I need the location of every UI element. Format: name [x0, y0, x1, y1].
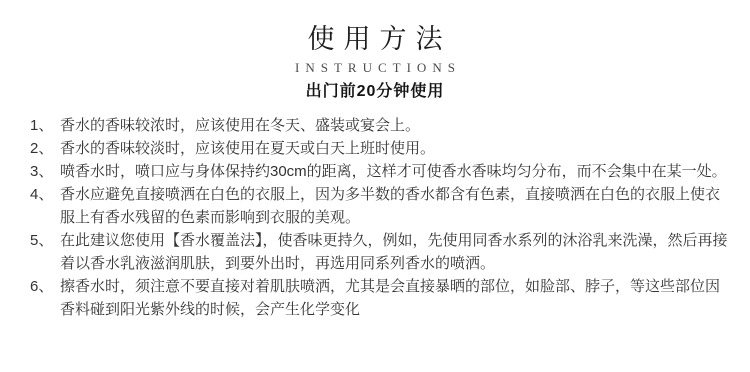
instructions-header: 使用方法 INSTRUCTIONS 出门前20分钟使用 — [0, 0, 750, 101]
instruction-item: 3、 喷香水时，喷口应与身体保持约30cm的距离，这样才可使香水香味均匀分布，而… — [30, 160, 730, 183]
item-number: 4、 — [30, 183, 60, 206]
instruction-item: 5、 在此建议您使用【香水覆盖法】，使香味更持久，例如，先使用同香水系列的沐浴乳… — [30, 229, 730, 275]
item-text: 擦香水时，须注意不要直接对着肌肤喷洒，尤其是会直接暴晒的部位，如脸部、脖子，等这… — [60, 275, 730, 321]
page-subtitle: INSTRUCTIONS — [0, 60, 750, 76]
instruction-item: 1、 香水的香味较浓时，应该使用在冬天、盛装或宴会上。 — [30, 114, 730, 137]
instructions-page: 使用方法 INSTRUCTIONS 出门前20分钟使用 1、 香水的香味较浓时，… — [0, 0, 750, 372]
item-number: 2、 — [30, 137, 60, 160]
item-number: 1、 — [30, 114, 60, 137]
instruction-item: 2、 香水的香味较淡时，应该使用在夏天或白天上班时使用。 — [30, 137, 730, 160]
instruction-item: 4、 香水应避免直接喷洒在白色的衣服上，因为多半数的香水都含有色素，直接喷洒在白… — [30, 183, 730, 229]
page-title: 使用方法 — [0, 22, 750, 56]
item-number: 6、 — [30, 275, 60, 298]
instruction-item: 6、 擦香水时，须注意不要直接对着肌肤喷洒，尤其是会直接暴晒的部位，如脸部、脖子… — [30, 275, 730, 321]
item-text: 香水的香味较淡时，应该使用在夏天或白天上班时使用。 — [60, 137, 730, 160]
item-number: 5、 — [30, 229, 60, 252]
instruction-list: 1、 香水的香味较浓时，应该使用在冬天、盛装或宴会上。 2、 香水的香味较淡时，… — [0, 114, 750, 321]
item-text: 香水应避免直接喷洒在白色的衣服上，因为多半数的香水都含有色素，直接喷洒在白色的衣… — [60, 183, 730, 229]
usage-timing-note: 出门前20分钟使用 — [0, 83, 750, 101]
item-text: 喷香水时，喷口应与身体保持约30cm的距离，这样才可使香水香味均匀分布，而不会集… — [60, 160, 730, 183]
item-number: 3、 — [30, 160, 60, 183]
item-text: 香水的香味较浓时，应该使用在冬天、盛装或宴会上。 — [60, 114, 730, 137]
item-text: 在此建议您使用【香水覆盖法】，使香味更持久，例如，先使用同香水系列的沐浴乳来洗澡… — [60, 229, 730, 275]
